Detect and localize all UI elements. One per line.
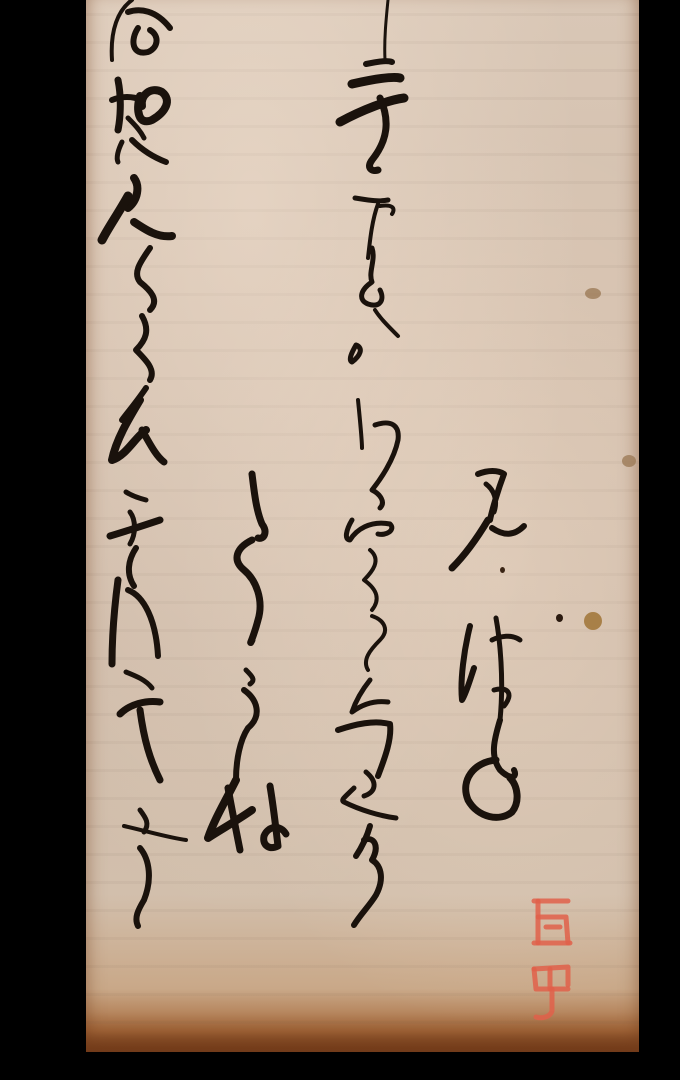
column-left bbox=[102, 0, 186, 926]
column-right-main bbox=[338, 0, 404, 925]
red-seal-stamp bbox=[528, 893, 578, 1023]
calligraphy-ink-strokes bbox=[0, 0, 680, 1080]
column-signature bbox=[452, 471, 524, 817]
column-middle-short bbox=[208, 474, 286, 850]
